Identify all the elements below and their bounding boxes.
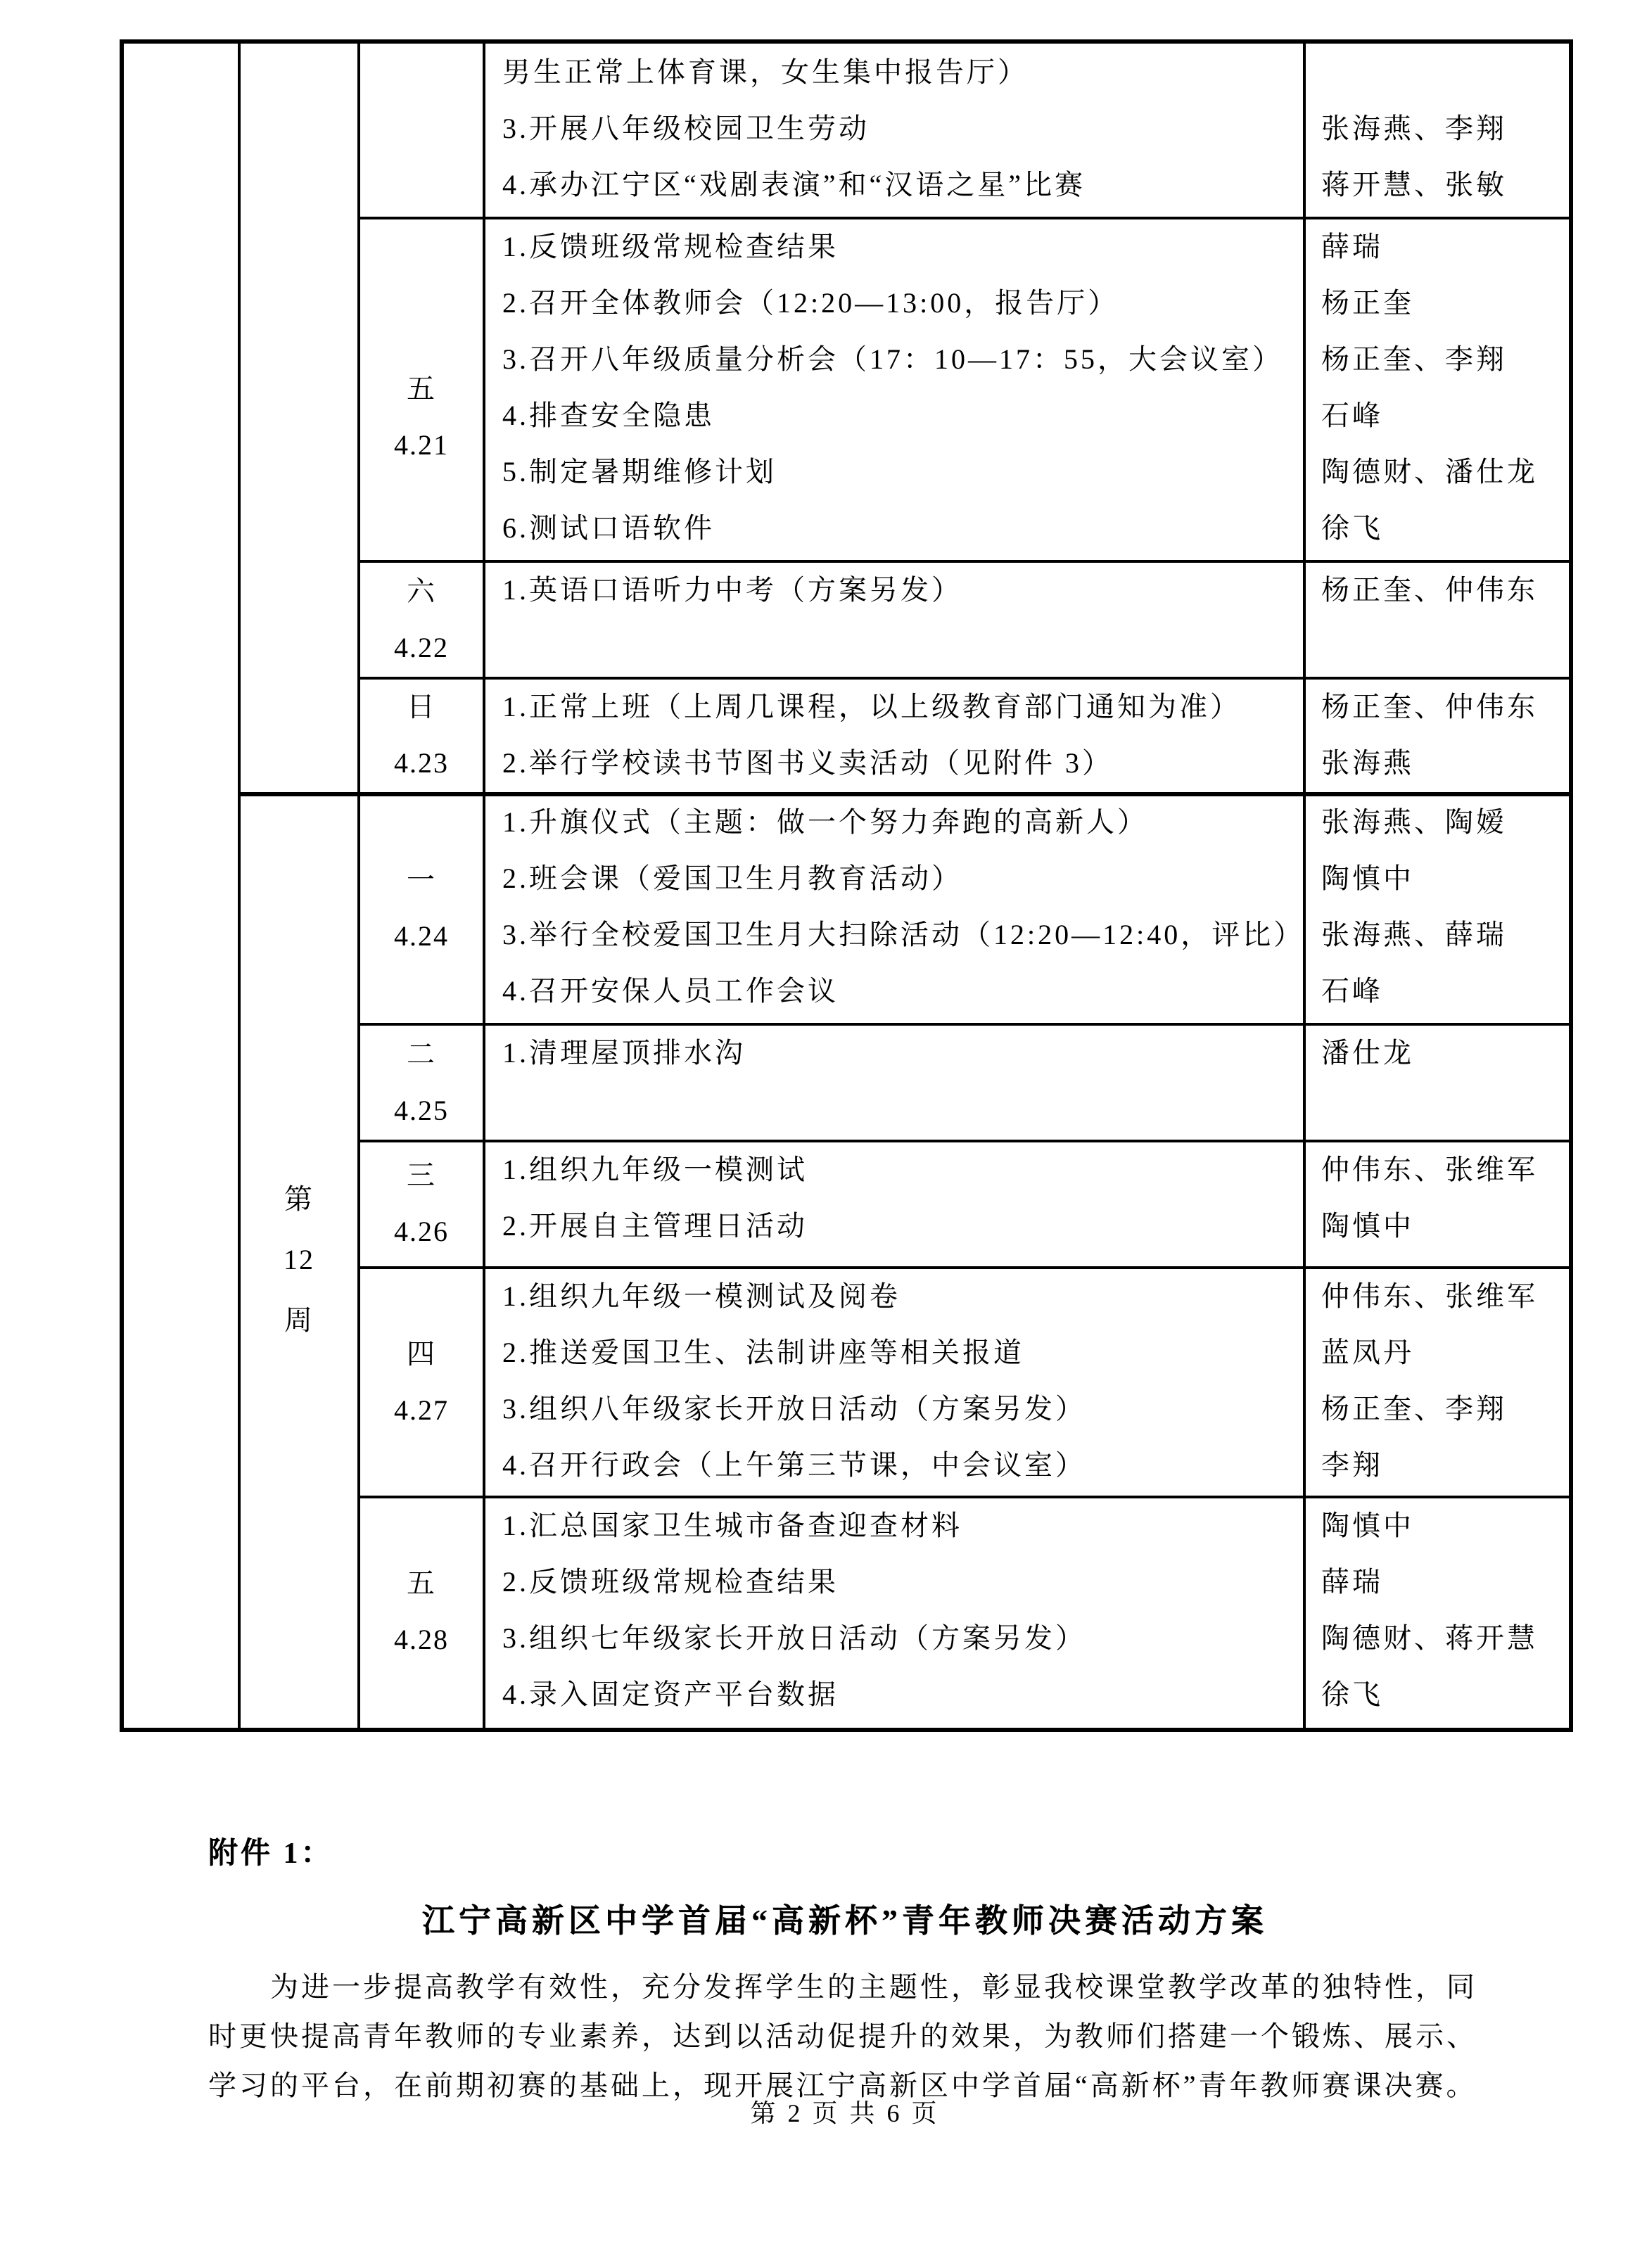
page: 第12周男生正常上体育课，女生集中报告厅）3.开展八年级校园卫生劳动4.承办江宁… bbox=[0, 0, 1635, 2268]
day-label: 三 bbox=[407, 1148, 436, 1204]
day-cell bbox=[359, 44, 484, 218]
name-line: 仲伟东、张维军 bbox=[1321, 1142, 1569, 1199]
activity-line: 3.组织七年级家长开放日活动（方案另发） bbox=[502, 1611, 1304, 1667]
day-cell: 五4.28 bbox=[359, 1497, 484, 1728]
name-line: 杨正奎、李翔 bbox=[1321, 1382, 1569, 1438]
table-row: 一4.241.升旗仪式（主题：做一个努力奔跑的高新人）2.班会课（爱国卫生月教育… bbox=[359, 794, 1569, 1024]
activity-line: 1.组织九年级一模测试及阅卷 bbox=[502, 1269, 1304, 1325]
paragraph-line: 为进一步提高教学有效性，充分发挥学生的主题性，彰显我校课堂教学改革的独特性，同 bbox=[208, 1964, 1482, 2013]
responsible-names-cell: 张海燕、陶嫒陶慎中张海燕、薛瑞石峰 bbox=[1304, 794, 1569, 1024]
name-line: 石峰 bbox=[1321, 964, 1569, 1020]
week-cell: 第12周 bbox=[239, 794, 359, 1728]
page-footer: 第 2 页 共 6 页 bbox=[208, 2094, 1482, 2133]
day-cell: 日4.23 bbox=[359, 678, 484, 794]
name-line: 薛瑞 bbox=[1321, 219, 1569, 276]
week-label-line: 第 bbox=[284, 1170, 314, 1230]
name-line bbox=[1321, 45, 1569, 101]
name-line: 仲伟东、张维军 bbox=[1321, 1269, 1569, 1325]
table-row: 五4.281.汇总国家卫生城市备查迎查材料2.反馈班级常规检查结果3.组织七年级… bbox=[359, 1497, 1569, 1728]
date-label: 4.22 bbox=[394, 620, 449, 676]
name-line: 张海燕、李翔 bbox=[1321, 101, 1569, 158]
name-line: 杨正奎、仲伟东 bbox=[1321, 680, 1569, 736]
day-cell: 三4.26 bbox=[359, 1141, 484, 1268]
activity-line: 2.反馈班级常规检查结果 bbox=[502, 1555, 1304, 1611]
responsible-names-cell: 薛瑞杨正奎杨正奎、李翔石峰陶德财、潘仕龙徐飞 bbox=[1304, 218, 1569, 561]
date-label: 4.28 bbox=[394, 1612, 449, 1669]
activity-line: 4.召开行政会（上午第三节课，中会议室） bbox=[502, 1438, 1304, 1494]
responsible-names-cell: 陶慎中薛瑞陶德财、蒋开慧徐飞 bbox=[1304, 1497, 1569, 1728]
day-cell: 五4.21 bbox=[359, 246, 484, 590]
activities-cell: 1.英语口语听力中考（方案另发） bbox=[484, 561, 1304, 678]
name-line: 张海燕 bbox=[1321, 736, 1569, 792]
week-label-line: 周 bbox=[284, 1291, 314, 1351]
day-label: 四 bbox=[407, 1326, 436, 1382]
name-line: 李翔 bbox=[1321, 1438, 1569, 1494]
activities-cell: 男生正常上体育课，女生集中报告厅）3.开展八年级校园卫生劳动4.承办江宁区“戏剧… bbox=[484, 44, 1304, 218]
activity-line: 2.召开全体教师会（12:20—13:00，报告厅） bbox=[502, 276, 1304, 332]
responsible-names-cell: 潘仕龙 bbox=[1304, 1024, 1569, 1141]
name-line: 陶德财、蒋开慧 bbox=[1321, 1611, 1569, 1667]
attachment-paragraph: 为进一步提高教学有效性，充分发挥学生的主题性，彰显我校课堂教学改革的独特性，同 … bbox=[208, 1964, 1482, 2112]
table-row: 四4.271.组织九年级一模测试及阅卷2.推送爱国卫生、法制讲座等相关报道3.组… bbox=[359, 1268, 1569, 1497]
activity-line: 1.正常上班（上周几课程，以上级教育部门通知为准） bbox=[502, 680, 1304, 736]
name-line: 张海燕、陶嫒 bbox=[1321, 795, 1569, 851]
activity-line: 1.英语口语听力中考（方案另发） bbox=[502, 563, 1304, 619]
activity-line: 男生正常上体育课，女生集中报告厅） bbox=[502, 45, 1304, 101]
activity-line: 1.汇总国家卫生城市备查迎查材料 bbox=[502, 1498, 1304, 1555]
name-line: 杨正奎、李翔 bbox=[1321, 332, 1569, 388]
activity-line: 1.清理屋顶排水沟 bbox=[502, 1026, 1304, 1082]
activities-cell: 1.反馈班级常规检查结果2.召开全体教师会（12:20—13:00，报告厅）3.… bbox=[484, 218, 1304, 561]
document-page: 第12周男生正常上体育课，女生集中报告厅）3.开展八年级校园卫生劳动4.承办江宁… bbox=[0, 0, 1635, 2268]
name-line: 张海燕、薛瑞 bbox=[1321, 907, 1569, 964]
activity-line: 2.推送爱国卫生、法制讲座等相关报道 bbox=[502, 1325, 1304, 1382]
activity-line: 3.开展八年级校园卫生劳动 bbox=[502, 101, 1304, 158]
activity-line: 3.召开八年级质量分析会（17：10—17：55，大会议室） bbox=[502, 332, 1304, 388]
activity-line: 6.测试口语软件 bbox=[502, 501, 1304, 557]
table-row: 男生正常上体育课，女生集中报告厅）3.开展八年级校园卫生劳动4.承办江宁区“戏剧… bbox=[359, 44, 1569, 218]
name-line: 蒋开慧、张敏 bbox=[1321, 158, 1569, 214]
activity-line: 4.承办江宁区“戏剧表演”和“汉语之星”比赛 bbox=[502, 158, 1304, 214]
day-cell: 二4.25 bbox=[359, 1024, 484, 1141]
name-line: 陶慎中 bbox=[1321, 851, 1569, 907]
schedule-table: 第12周男生正常上体育课，女生集中报告厅）3.开展八年级校园卫生劳动4.承办江宁… bbox=[120, 39, 1573, 1732]
day-cell: 六4.22 bbox=[359, 561, 484, 678]
activity-line: 2.开展自主管理日活动 bbox=[502, 1199, 1304, 1255]
activity-line: 4.排查安全隐患 bbox=[502, 388, 1304, 445]
activities-cell: 1.汇总国家卫生城市备查迎查材料2.反馈班级常规检查结果3.组织七年级家长开放日… bbox=[484, 1497, 1304, 1728]
table-row: 二4.251.清理屋顶排水沟潘仕龙 bbox=[359, 1024, 1569, 1141]
day-cell: 四4.27 bbox=[359, 1268, 484, 1497]
day-label: 六 bbox=[407, 563, 436, 620]
day-label: 日 bbox=[407, 680, 436, 736]
paragraph-line: 时更快提高青年教师的专业素养，达到以活动促提升的效果，为教师们搭建一个锻炼、展示… bbox=[208, 2013, 1482, 2063]
activity-line: 2.举行学校读书节图书义卖活动（见附件 3） bbox=[502, 736, 1304, 792]
day-label: 五 bbox=[407, 362, 436, 418]
date-label: 4.24 bbox=[394, 909, 449, 965]
attachment-section: 附件 1： 江宁高新区中学首届“高新杯”青年教师决赛活动方案 为进一步提高教学有… bbox=[208, 1829, 1482, 2112]
responsible-names-cell: 杨正奎、仲伟东 bbox=[1304, 561, 1569, 678]
activity-line: 1.升旗仪式（主题：做一个努力奔跑的高新人） bbox=[502, 795, 1304, 851]
name-line: 杨正奎、仲伟东 bbox=[1321, 563, 1569, 619]
name-line: 杨正奎 bbox=[1321, 276, 1569, 332]
table-row: 五4.211.反馈班级常规检查结果2.召开全体教师会（12:20—13:00，报… bbox=[359, 218, 1569, 561]
activity-line: 2.班会课（爱国卫生月教育活动） bbox=[502, 851, 1304, 907]
name-line: 潘仕龙 bbox=[1321, 1026, 1569, 1082]
activity-line: 1.反馈班级常规检查结果 bbox=[502, 219, 1304, 276]
activity-line: 4.录入固定资产平台数据 bbox=[502, 1667, 1304, 1724]
name-line: 薛瑞 bbox=[1321, 1555, 1569, 1611]
name-line: 徐飞 bbox=[1321, 1667, 1569, 1724]
responsible-names-cell: 仲伟东、张维军陶慎中 bbox=[1304, 1141, 1569, 1268]
name-line: 石峰 bbox=[1321, 388, 1569, 445]
table-row: 六4.221.英语口语听力中考（方案另发）杨正奎、仲伟东 bbox=[359, 561, 1569, 678]
name-line: 陶慎中 bbox=[1321, 1199, 1569, 1255]
responsible-names-cell: 仲伟东、张维军蓝凤丹杨正奎、李翔李翔 bbox=[1304, 1268, 1569, 1497]
day-label: 一 bbox=[407, 853, 436, 909]
responsible-names-cell: 张海燕、李翔蒋开慧、张敏 bbox=[1304, 44, 1569, 218]
name-line: 陶慎中 bbox=[1321, 1498, 1569, 1555]
activities-cell: 1.组织九年级一模测试2.开展自主管理日活动 bbox=[484, 1141, 1304, 1268]
date-label: 4.25 bbox=[394, 1083, 449, 1139]
activities-cell: 1.正常上班（上周几课程，以上级教育部门通知为准）2.举行学校读书节图书义卖活动… bbox=[484, 678, 1304, 794]
activity-line: 3.组织八年级家长开放日活动（方案另发） bbox=[502, 1382, 1304, 1438]
attachment-title: 江宁高新区中学首届“高新杯”青年教师决赛活动方案 bbox=[208, 1895, 1482, 1947]
table-row: 日4.231.正常上班（上周几课程，以上级教育部门通知为准）2.举行学校读书节图… bbox=[359, 678, 1569, 794]
name-line: 蓝凤丹 bbox=[1321, 1325, 1569, 1382]
day-label: 二 bbox=[407, 1026, 436, 1083]
week-label-line: 12 bbox=[284, 1230, 314, 1291]
responsible-names-cell: 杨正奎、仲伟东张海燕 bbox=[1304, 678, 1569, 794]
date-label: 4.26 bbox=[394, 1204, 449, 1261]
activities-cell: 1.清理屋顶排水沟 bbox=[484, 1024, 1304, 1141]
activity-line: 1.组织九年级一模测试 bbox=[502, 1142, 1304, 1199]
activity-line: 5.制定暑期维修计划 bbox=[502, 445, 1304, 501]
date-label: 4.27 bbox=[394, 1382, 449, 1439]
activities-cell: 1.升旗仪式（主题：做一个努力奔跑的高新人）2.班会课（爱国卫生月教育活动）3.… bbox=[484, 794, 1304, 1024]
activity-line: 3.举行全校爱国卫生月大扫除活动（12:20—12:40，评比） bbox=[502, 907, 1304, 964]
day-label: 五 bbox=[407, 1556, 436, 1612]
day-cell: 一4.24 bbox=[359, 794, 484, 1024]
table-row: 三4.261.组织九年级一模测试2.开展自主管理日活动仲伟东、张维军陶慎中 bbox=[359, 1141, 1569, 1268]
attachment-label: 附件 1： bbox=[208, 1829, 1482, 1878]
date-label: 4.23 bbox=[394, 736, 449, 792]
name-line: 陶德财、潘仕龙 bbox=[1321, 445, 1569, 501]
activity-line: 4.召开安保人员工作会议 bbox=[502, 964, 1304, 1020]
activities-cell: 1.组织九年级一模测试及阅卷2.推送爱国卫生、法制讲座等相关报道3.组织八年级家… bbox=[484, 1268, 1304, 1497]
date-label: 4.21 bbox=[394, 418, 449, 474]
name-line: 徐飞 bbox=[1321, 501, 1569, 557]
